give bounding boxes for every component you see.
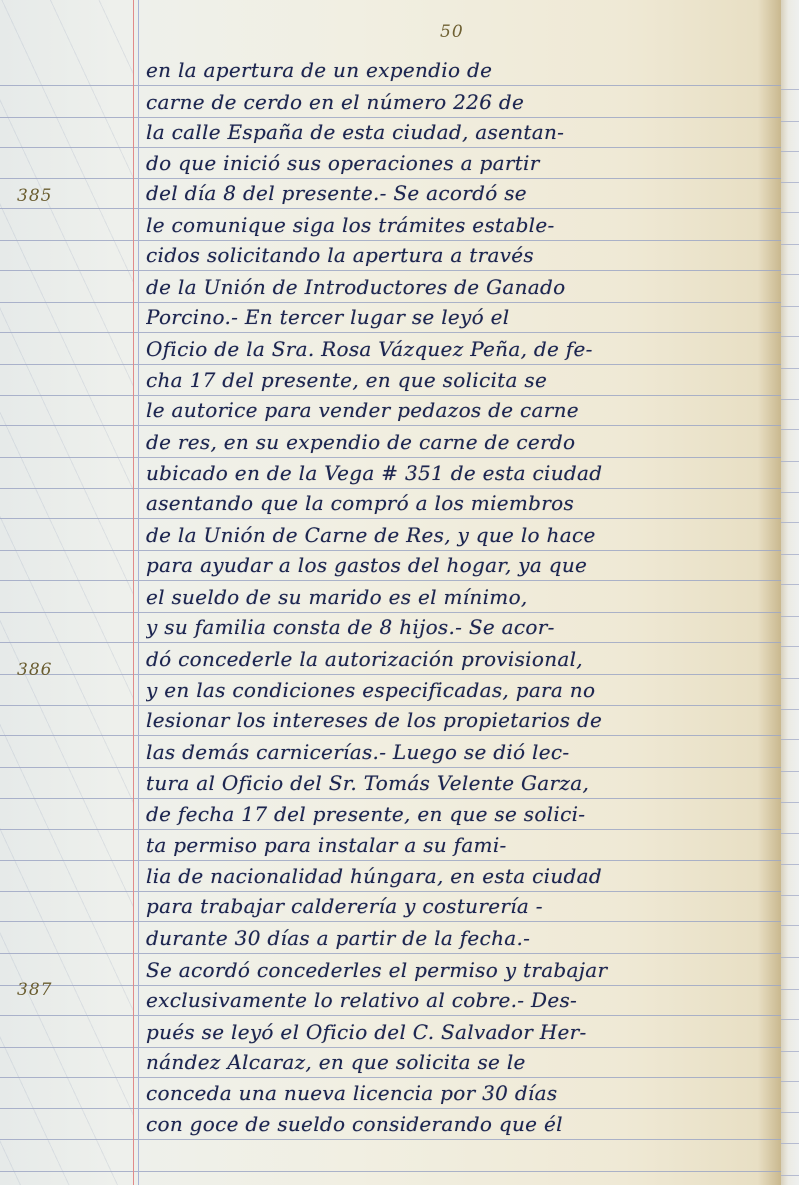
ruled-line	[0, 921, 781, 922]
text-line: para trabajar calderería y costurería -	[146, 891, 774, 921]
ruled-line	[0, 1171, 781, 1172]
ruled-line	[781, 182, 799, 183]
text-line: de la Unión de Carne de Res, y que lo ha…	[146, 520, 774, 550]
text-line: nández Alcaraz, en que solicita se le	[146, 1047, 774, 1077]
ruled-line	[781, 244, 799, 245]
text-line: durante 30 días a partir de la fecha.-	[146, 923, 774, 953]
ruled-line	[0, 953, 781, 954]
ruled-line	[0, 735, 781, 736]
text-line: y su familia consta de 8 hijos.- Se acor…	[146, 612, 774, 642]
text-line: le comunique siga los trámites estable-	[146, 210, 774, 240]
text-line: ubicado en de la Vega # 351 de esta ciud…	[146, 458, 774, 488]
ruled-line	[0, 270, 781, 271]
ruled-line	[781, 461, 799, 462]
text-line: Porcino.- En tercer lugar se leyó el	[146, 302, 774, 332]
text-line: Oficio de la Sra. Rosa Vázquez Peña, de …	[146, 334, 774, 364]
ruled-line	[781, 864, 799, 865]
ruled-line	[781, 833, 799, 834]
ruled-line	[781, 368, 799, 369]
ruled-line	[0, 642, 781, 643]
ruled-line	[781, 522, 799, 523]
text-line: pués se leyó el Oficio del C. Salvador H…	[146, 1017, 774, 1047]
text-line: las demás carnicerías.- Luego se dió lec…	[146, 737, 774, 767]
ruled-line	[781, 739, 799, 740]
ruled-line	[781, 616, 799, 617]
ruled-line	[781, 709, 799, 710]
ruled-line	[0, 85, 781, 86]
ruled-line	[0, 1139, 781, 1140]
ruled-line	[781, 212, 799, 213]
text-line: de fecha 17 del presente, en que se soli…	[146, 799, 774, 829]
next-page-edge	[781, 0, 799, 1185]
text-line: lesionar los intereses de los propietari…	[146, 705, 774, 735]
text-line: y en las condiciones especificadas, para…	[146, 675, 774, 705]
text-line: dó concederle la autorización provisiona…	[146, 644, 774, 674]
ledger-page: 50 385 386 387 en la apertura de un expe…	[0, 0, 781, 1185]
ruled-line	[781, 584, 799, 585]
ruled-line	[0, 425, 781, 426]
text-line: le autorice para vender pedazos de carne	[146, 395, 774, 425]
text-line: cha 17 del presente, en que solicita se	[146, 365, 774, 395]
ruled-line	[0, 1015, 781, 1016]
text-line: de la Unión de Introductores de Ganado	[146, 272, 774, 302]
entry-number: 385	[17, 186, 52, 206]
text-line: con goce de sueldo considerando que él	[146, 1109, 774, 1139]
ruled-line	[781, 274, 799, 275]
ruled-line	[781, 151, 799, 152]
text-line: la calle España de esta ciudad, asentan-	[146, 117, 774, 147]
text-line: lia de nacionalidad húngara, en esta ciu…	[146, 861, 774, 891]
ruled-line	[781, 306, 799, 307]
ruled-line	[781, 646, 799, 647]
text-line: conceda una nueva licencia por 30 días	[146, 1078, 774, 1108]
ruled-line	[0, 208, 781, 209]
text-line: de res, en su expendio de carne de cerdo	[146, 427, 774, 457]
text-line: en la apertura de un expendio de	[146, 55, 774, 85]
ruled-line	[781, 554, 799, 555]
entry-number: 386	[17, 660, 52, 680]
ruled-line	[781, 771, 799, 772]
text-line: para ayudar a los gastos del hogar, ya q…	[146, 550, 774, 580]
ruled-line	[781, 89, 799, 90]
ruled-line	[781, 399, 799, 400]
ruled-line	[781, 1112, 799, 1113]
ruled-line	[781, 895, 799, 896]
folio-number: 50	[440, 22, 464, 42]
entry-number: 387	[17, 980, 52, 1000]
margin-line-red	[133, 0, 134, 1185]
ruled-line	[781, 429, 799, 430]
text-line: asentando que la compró a los miembros	[146, 488, 774, 518]
ruled-line	[781, 802, 799, 803]
ruled-line	[781, 121, 799, 122]
text-line: el sueldo de su marido es el mínimo,	[146, 582, 774, 612]
text-line: cidos solicitando la apertura a través	[146, 240, 774, 270]
ruled-line	[781, 492, 799, 493]
text-line: del día 8 del presente.- Se acordó se	[146, 178, 774, 208]
ruled-line	[781, 1143, 799, 1144]
ruled-line	[781, 925, 799, 926]
ruled-line	[781, 957, 799, 958]
ruled-line	[0, 518, 781, 519]
ruled-line	[781, 989, 799, 990]
ruled-line	[781, 678, 799, 679]
margin-line-blue	[138, 0, 139, 1185]
text-line: do que inició sus operaciones a partir	[146, 148, 774, 178]
text-line: carne de cerdo en el número 226 de	[146, 87, 774, 117]
text-line: ta permiso para instalar a su fami-	[146, 830, 774, 860]
ruled-line	[0, 332, 781, 333]
ruled-line	[781, 336, 799, 337]
text-line: Se acordó concederles el permiso y traba…	[146, 955, 774, 985]
ruled-line	[781, 1051, 799, 1052]
text-line: exclusivamente lo relativo al cobre.- De…	[146, 985, 774, 1015]
ruled-line	[0, 580, 781, 581]
ruled-line	[781, 1019, 799, 1020]
text-line: tura al Oficio del Sr. Tomás Velente Gar…	[146, 768, 774, 798]
ruled-line	[781, 1081, 799, 1082]
ruled-line	[781, 1175, 799, 1176]
